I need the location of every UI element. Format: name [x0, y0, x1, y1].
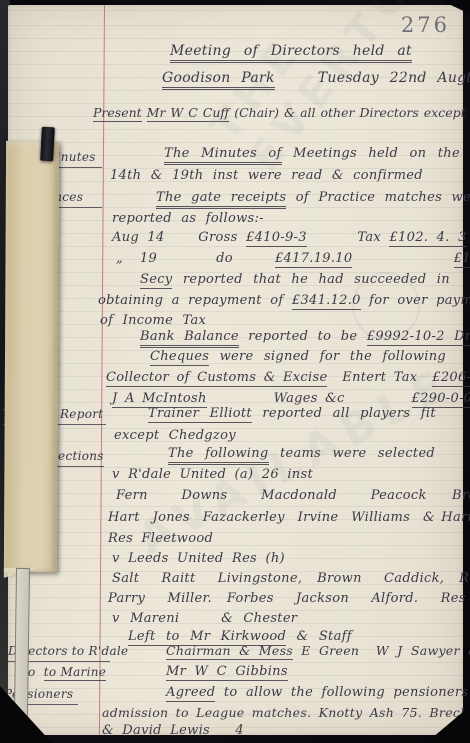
text-segment: £206-9-4 — [432, 370, 470, 387]
pensioners-line-1: Agreed to allow the following pensioners… — [166, 685, 470, 700]
cheques-line-1: Cheques were signed for the following — [150, 349, 446, 364]
text-segment: E Green W J Sawyer & Gray — [293, 643, 470, 659]
minutes-line-1: The Minutes of Meetings held on the — [164, 146, 460, 161]
text-segment: The gate receipts — [156, 190, 286, 209]
receipts-aug14-line: Aug 14 Gross £410-9-3 Tax £102. 4. 3 — [112, 230, 467, 245]
text-segment: The Minutes of — [164, 146, 282, 165]
text-segment: Wages &c — [207, 391, 412, 407]
text-segment: except Chedgzoy — [114, 428, 236, 444]
text-segment: £104. 5. 1 — [454, 251, 470, 268]
team-line-1: Fern Downs Macdonald Peacock Brewster — [116, 488, 470, 503]
trainer-line-2: except Chedgzoy — [114, 428, 236, 443]
text-segment: of Income Tax — [100, 313, 206, 329]
text-segment: Trainer Elliott — [148, 406, 252, 423]
receipts-aug19-line: „ 19 do £417.19.10 £104. 5. 1 — [116, 251, 470, 266]
text-segment: Present — [93, 105, 142, 122]
pensioners-line-3: & David Lewis 4 — [102, 723, 244, 738]
text-segment: Fern Downs Macdonald Peacock Brewster — [116, 488, 470, 504]
text-segment: Hart Jones Fazackerley Irvine Williams &… — [108, 510, 470, 526]
text-segment: „ 19 do — [116, 251, 275, 267]
text-segment: reported to be — [239, 329, 367, 345]
cheques-line-3: J A McIntosh Wages &c £290-0-0 — [112, 391, 470, 406]
kirkwood-line: Left to Mr Kirkwood & Staff — [128, 629, 352, 644]
trainer-line-1: Trainer Elliott reported all players fit — [148, 406, 436, 421]
text-segment: Aug 14 Gross — [112, 230, 246, 246]
team-line-4: Salt Raitt Livingstone, Brown Caddick, R… — [112, 571, 470, 586]
text-segment: teams were selected — [269, 446, 436, 462]
text-segment: reported as follows:- — [112, 211, 264, 227]
scanned-minute-book-photo: 276 THE EVERTON AVAILABLE Meeting of Dir… — [0, 0, 470, 743]
text-segment: to allow the following pensioners free — [215, 685, 470, 701]
text-segment: Meetings held on the — [282, 146, 460, 162]
secretary-line-3: of Income Tax — [100, 313, 206, 328]
gibbins-line: Mr W C Gibbins — [166, 664, 288, 679]
bank-balance-line: Bank Balance reported to be £9992-10-2 D… — [140, 329, 470, 344]
heading-line-2: Goodison Park Tuesday 22nd Augt 1922 — [162, 71, 470, 86]
text-segment: (Chair) & all other Directors except Mr … — [229, 105, 470, 121]
gate-receipts-line-2: reported as follows:- — [112, 211, 264, 226]
team-line-5: Parry Miller. Forbes Jackson Alford. Res… — [108, 591, 470, 606]
text-segment: Meeting of Directors held at — [170, 43, 412, 63]
directors-travel-line: Chairman & Mess E Green W J Sawyer & Gra… — [166, 643, 470, 658]
text-segment: Entert Tax — [327, 370, 432, 386]
text-segment: Cheques — [150, 349, 209, 366]
text-segment: Salt Raitt Livingstone, Brown Caddick, R… — [112, 571, 470, 587]
text-segment: reported that he had succeeded in — [172, 272, 449, 288]
text-segment: Chairman & Mess — [166, 643, 293, 660]
minutes-line-2: 14th & 19th inst were read & confirmed — [110, 168, 423, 183]
text-segment: £9992-10-2 Dr — [367, 329, 470, 346]
selections-line-1: The following teams were selected — [168, 446, 435, 461]
text-segment: Agreed — [166, 685, 215, 702]
text-segment: to Marine — [44, 665, 106, 681]
text-segment: for over payment — [361, 293, 470, 309]
parchment-index-tab — [4, 141, 59, 572]
text-segment: The following — [168, 446, 269, 465]
pensioners-line-2: admission to League matches. Knotty Ash … — [102, 705, 470, 720]
text-segment: Mr W C Cuff — [147, 105, 230, 122]
text-segment: Bank Balance — [140, 329, 239, 348]
text-segment: £102. 4. 3 — [389, 230, 466, 247]
text-segment: Tuesday 22nd Augt 1922 — [275, 70, 470, 87]
team-line-2: Hart Jones Fazackerley Irvine Williams &… — [108, 510, 470, 525]
text-segment: £410-9-3 — [246, 230, 307, 247]
fixture-leeds-line: v Leeds United Res (h) — [112, 551, 285, 566]
cheques-line-2: Collector of Customs & Excise Entert Tax… — [106, 370, 470, 385]
text-segment: 14th & 19th inst were read & confirmed — [110, 168, 423, 184]
text-segment — [142, 105, 147, 121]
tab-clip — [40, 127, 55, 162]
text-segment — [352, 251, 453, 267]
text-segment: of Practice matches were — [286, 190, 470, 206]
text-segment: Tax — [307, 230, 390, 246]
text-segment: v Leeds United Res (h) — [112, 551, 285, 567]
text-segment: Goodison Park — [162, 70, 275, 90]
text-segment: reported all players fit — [252, 406, 436, 422]
fixture-marine-chester-line: v Mareni & Chester — [112, 611, 297, 626]
gate-receipts-line-1: The gate receipts of Practice matches we… — [156, 190, 470, 205]
fixture-rdale-line: v R'dale United (a) 26 inst — [112, 467, 313, 482]
text-segment: were signed for the following — [209, 349, 446, 365]
text-segment: Collector of Customs & Excise — [106, 370, 327, 387]
text-segment: Parry Miller. Forbes Jackson Alford. Res… — [108, 591, 470, 607]
text-segment: Res Fleetwood — [108, 531, 213, 547]
text-segment: £341.12.0 — [292, 293, 361, 310]
present-line: Present Mr W C Cuff (Chair) & all other … — [93, 105, 470, 120]
margin-note-do-to-marine: do to Marine — [20, 665, 106, 680]
text-segment: Secy — [140, 272, 172, 289]
heading-line-1: Meeting of Directors held at — [170, 44, 412, 59]
secretary-line-2: obtaining a repayment of £341.12.0 for o… — [98, 293, 470, 308]
team-line-3: Res Fleetwood — [108, 531, 213, 546]
tab-edge-ribbon — [14, 568, 30, 716]
text-segment: & David Lewis 4 — [102, 723, 244, 739]
text-segment: Mr W C Gibbins — [166, 664, 288, 681]
text-segment: v Mareni & Chester — [112, 611, 297, 627]
text-segment: admission to League matches. Knotty Ash … — [102, 705, 470, 721]
text-segment: v R'dale United (a) 26 inst — [112, 467, 313, 483]
text-segment: obtaining a repayment of — [98, 293, 292, 309]
text-segment: £417.19.10 — [275, 251, 352, 268]
handwritten-content: THE EVERTON AVAILABLE Meeting of Directo… — [0, 0, 470, 743]
secretary-line-1: Secy reported that he had succeeded in — [140, 272, 450, 287]
